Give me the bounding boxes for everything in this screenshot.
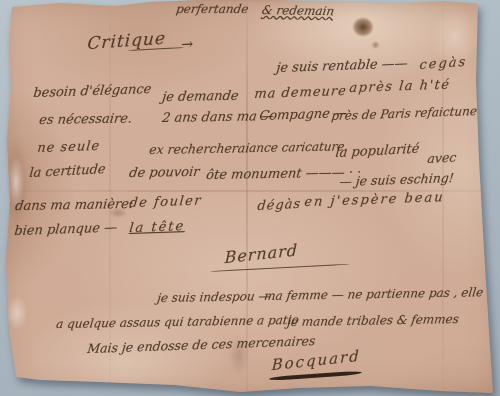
handwriting-fragment: Mais je endosse de ces mercenaires bbox=[87, 335, 316, 356]
handwriting-fragment: a quelque assaus qui tarabienne a patio bbox=[56, 314, 300, 330]
handwriting-fragment: — je suis esching! bbox=[339, 172, 455, 189]
handwriting-fragment: ance caricature. bbox=[249, 140, 350, 154]
handwriting-fragment: je suis indespou — bbox=[157, 290, 272, 304]
ink-stain-large bbox=[349, 14, 377, 40]
handwriting-fragment: dégàs bbox=[257, 198, 302, 213]
handwriting-fragment: dans ma manière: bbox=[14, 198, 134, 213]
handwriting-fragment: es nécessaire. bbox=[38, 112, 132, 127]
handwriting-fragment: de pouvoir bbox=[128, 166, 200, 180]
handwriting-fragment: cegàs bbox=[419, 56, 468, 72]
handwriting-fragment: la certitude bbox=[29, 163, 106, 180]
photo-of-handwritten-letter: perfertande& redemainCritique→je suis re… bbox=[0, 0, 500, 396]
top-note-part2: & redemain bbox=[261, 4, 335, 17]
handwriting-fragment: je demande bbox=[161, 90, 239, 104]
title-word: Critique bbox=[87, 31, 167, 54]
handwriting-fragment: de fouler bbox=[129, 194, 203, 210]
signature-bottom: Bocquard bbox=[271, 349, 360, 373]
top-note-part1: perfertande bbox=[175, 3, 249, 15]
letter-paper: perfertande& redemainCritique→je suis re… bbox=[0, 0, 500, 396]
worn-light-spot-lower-left bbox=[4, 292, 30, 334]
handwriting-fragment: je mande tribales & femmes bbox=[287, 313, 460, 328]
title-arrow: → bbox=[181, 37, 194, 52]
handwriting-fragment: ma femme — ne partienne pas , elle bbox=[264, 286, 484, 302]
paper-shadow-wrap: perfertande& redemainCritique→je suis re… bbox=[0, 0, 500, 396]
handwriting-fragment: ex rechercherai bbox=[148, 142, 250, 156]
handwriting-fragment: besoin d'élégance bbox=[33, 83, 152, 100]
handwriting-fragment: bien planque — bbox=[14, 221, 118, 238]
handwriting-fragment: en j'espère beau bbox=[304, 191, 446, 209]
handwriting-fragment: ma demeure bbox=[254, 85, 348, 101]
handwriting-fragment: la popularité bbox=[335, 143, 420, 160]
handwriting-fragment: avec bbox=[427, 151, 457, 165]
ink-stain-small bbox=[370, 40, 381, 50]
handwriting-fragment: ne seule bbox=[37, 140, 101, 155]
handwriting-fragment: la tête bbox=[129, 220, 186, 235]
handwriting-fragment: je suis rentable —— bbox=[276, 57, 409, 75]
signature-middle: Bernard bbox=[224, 242, 298, 266]
handwriting-fragment: près de Paris refaictune bbox=[331, 105, 478, 122]
handwriting-fragment: après la h'té bbox=[349, 78, 452, 95]
